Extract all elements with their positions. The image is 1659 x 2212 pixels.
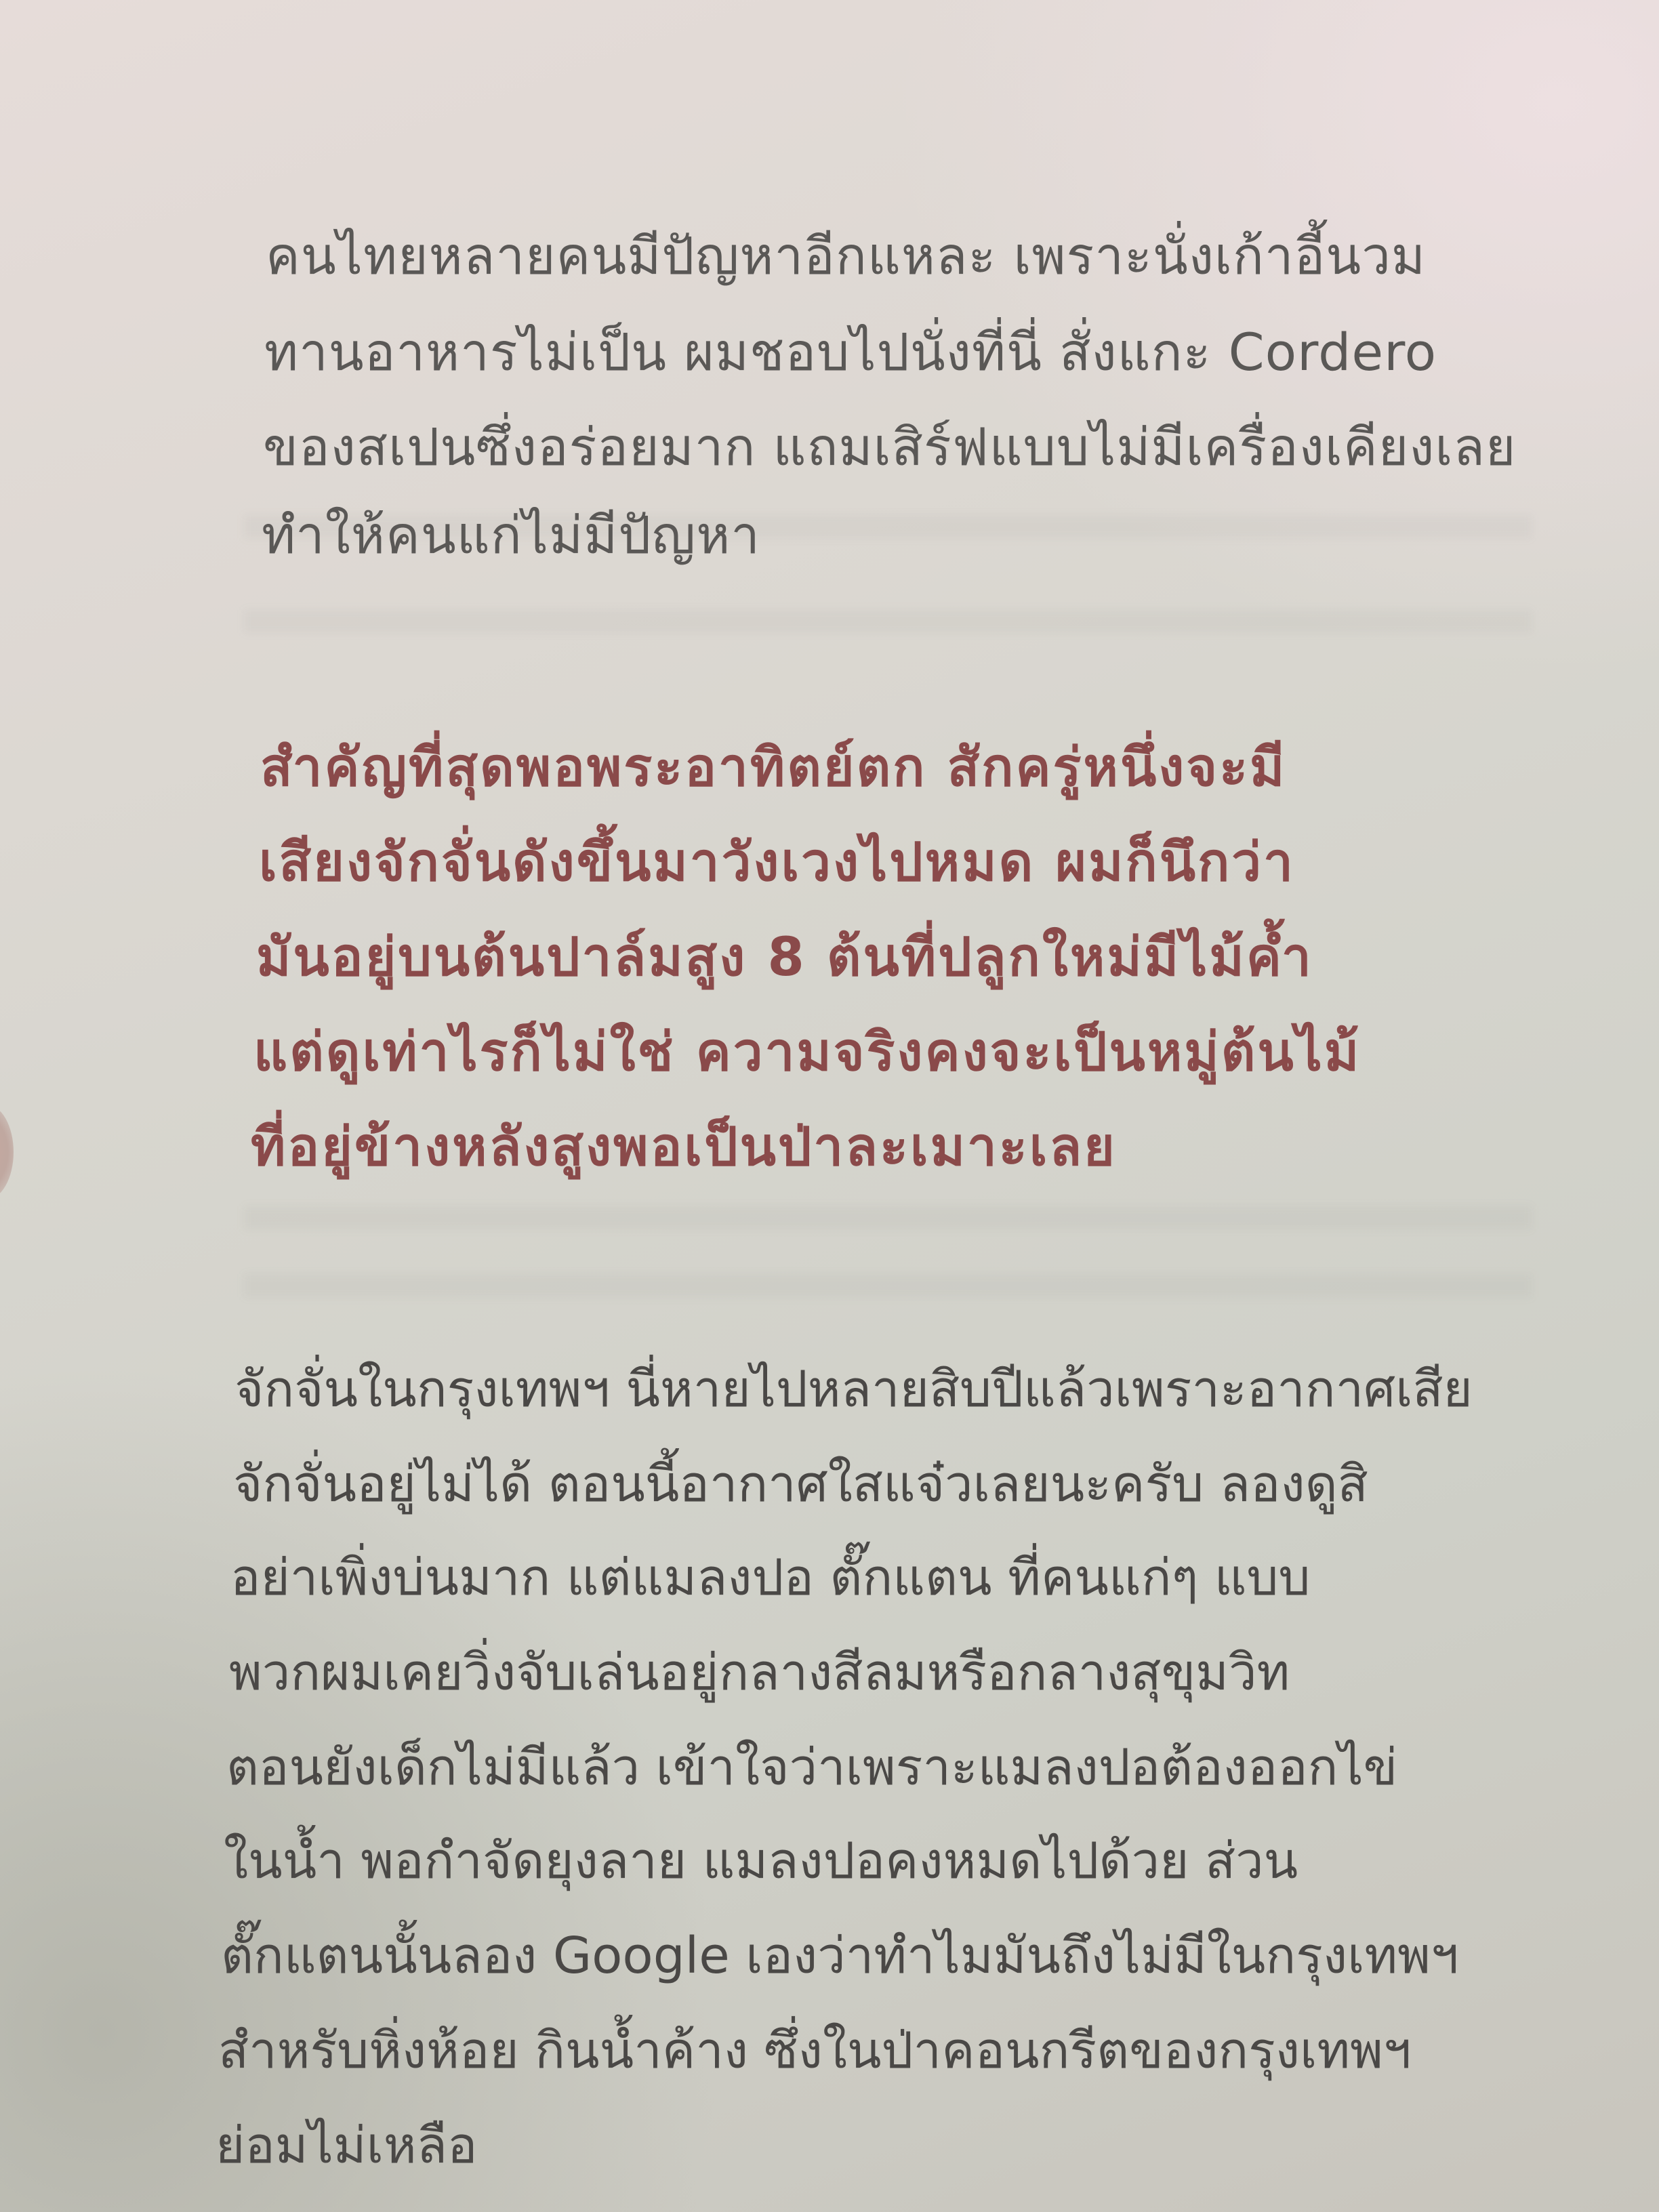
body-line: ย่อมไม่เหลือ xyxy=(216,2105,477,2185)
show-through-line xyxy=(244,610,1532,633)
body-line: อย่าเพิ่งบ่นมาก แต่แมลงปอ ตั๊กแตน ที่คนแ… xyxy=(230,1537,1310,1617)
intro-line: ของสเปนซึ่งอร่อยมาก แถมเสิร์ฟแบบไม่มีเคร… xyxy=(263,407,1516,488)
body-line: ในน้ำ พอกำจัดยุงลาย แมลงปอคงหมดไปด้วย ส่… xyxy=(224,1820,1298,1900)
body-line: จักจั่นในกรุงเทพฯ นี่หายไปหลายสิบปีแล้วเ… xyxy=(234,1349,1473,1429)
quote-line: แต่ดูเท่าไรก็ไม่ใช่ ความจริงคงจะเป็นหมู่… xyxy=(253,1010,1361,1094)
body-line: พวกผมเคยวิ่งจับเล่นอยู่กลางสีลมหรือกลางส… xyxy=(229,1632,1290,1712)
quote-line: สำคัญที่สุดพอพระอาทิตย์ตก สักครู่หนึ่งจะ… xyxy=(260,725,1286,809)
body-line: สำหรับหิ่งห้อย กินน้ำค้าง ซึ่งในป่าคอนกร… xyxy=(218,2010,1411,2090)
quote-line: ที่อยู่ข้างหลังสูงพอเป็นป่าละเมาะเลย xyxy=(251,1105,1117,1189)
body-line: จักจั่นอยู่ไม่ได้ ตอนนี้อากาศใสแจ๋วเลยนะ… xyxy=(233,1443,1368,1523)
body-line: ตั๊กแตนนั้นลอง Google เองว่าทำไมมันถึงไม… xyxy=(221,1915,1458,1995)
book-page: คนไทยหลายคนมีปัญหาอีกแหละ เพราะนั่งเก้าอ… xyxy=(0,0,1659,2212)
intro-line: ทานอาหารไม่เป็น ผมชอบไปนั่งที่นี่ สั่งแก… xyxy=(264,312,1437,393)
show-through-line xyxy=(244,1206,1532,1229)
body-line: ตอนยังเด็กไม่มีแล้ว เข้าใจว่าเพราะแมลงปอ… xyxy=(226,1727,1397,1807)
intro-line: คนไทยหลายคนมีปัญหาอีกแหละ เพราะนั่งเก้าอ… xyxy=(266,216,1426,297)
quote-line: มันอยู่บนต้นปาล์มสูง 8 ต้นที่ปลูกใหม่มีไ… xyxy=(256,915,1313,999)
show-through-line xyxy=(244,1274,1532,1297)
quote-line: เสียงจักจั่นดังขึ้นมาวังเวงไปหมด ผมก็นึก… xyxy=(259,820,1295,904)
finger-holding-page xyxy=(0,1105,14,1200)
intro-line: ทำให้คนแก่ไม่มีปัญหา xyxy=(262,495,760,576)
